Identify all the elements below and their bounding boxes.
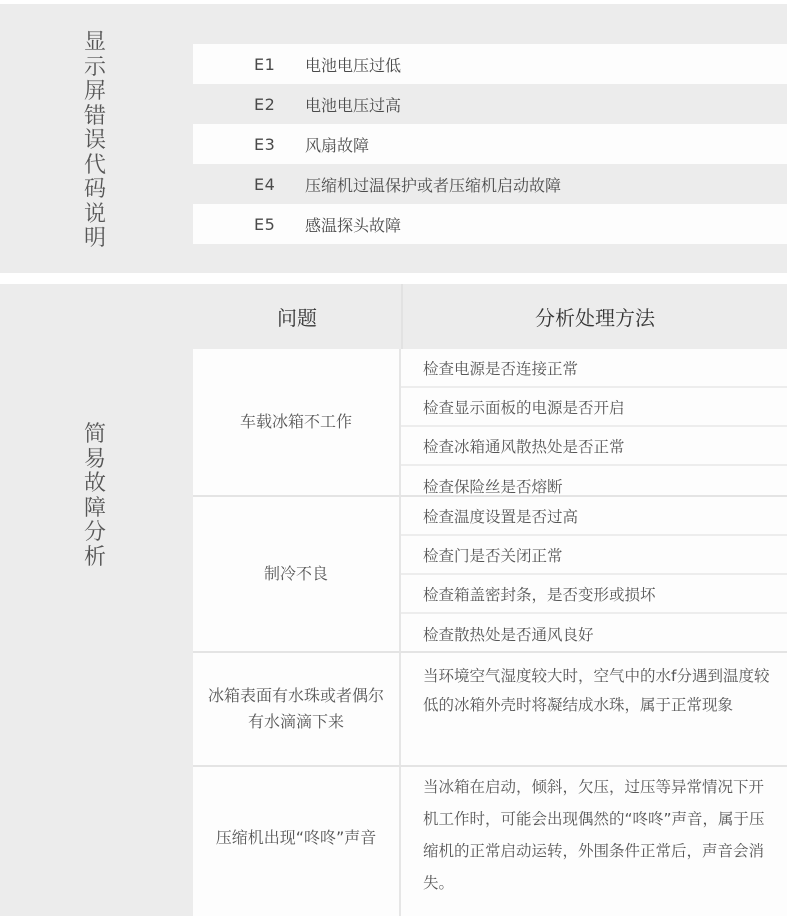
error-code-row: E2 电池电压过高 [193,84,787,124]
error-description: 感温探头故障 [305,213,787,236]
fault-methods: 检查温度设置是否过高 检查门是否关闭正常 检查箱盖密封条，是否变形或损坏 检查散… [401,497,787,651]
error-code-row: E3 风扇故障 [193,124,787,164]
method-item: 检查冰箱通风散热处是否正常 [401,427,787,466]
error-description: 压缩机过温保护或者压缩机启动故障 [305,173,787,196]
error-code: E1 [193,55,305,74]
fault-analysis-section: 简易故障分析 问题 分析处理方法 车载冰箱不工作 检查电源是否连接正常 检查显示… [0,284,787,916]
fault-analysis-section-label: 简易故障分析 [82,423,108,570]
error-code: E3 [193,135,305,154]
error-code-section-label: 显示屏错误代码说明 [82,31,108,252]
error-code-row: E5 感温探头故障 [193,204,787,244]
method-item: 检查电源是否连接正常 [401,349,787,388]
method-item: 检查散热处是否通风良好 [401,614,787,653]
fault-group: 冰箱表面有水珠或者偶尔有水滴滴下来 当环境空气湿度较大时，空气中的水f分遇到温度… [193,653,787,767]
error-description: 电池电压过低 [305,53,787,76]
fault-methods: 当环境空气湿度较大时，空气中的水f分遇到温度较低的冰箱外壳时将凝结成水珠，属于正… [401,653,787,765]
fault-problem: 制冷不良 [193,497,401,651]
fault-table-header: 问题 分析处理方法 [193,284,787,349]
error-code-row: E4 压缩机过温保护或者压缩机启动故障 [193,164,787,204]
error-code-table: E1 电池电压过低 E2 电池电压过高 E3 风扇故障 E4 压缩机过温保护或者… [193,44,787,244]
fault-table-body: 车载冰箱不工作 检查电源是否连接正常 检查显示面板的电源是否开启 检查冰箱通风散… [193,349,787,916]
error-code: E2 [193,95,305,114]
method-item: 检查箱盖密封条，是否变形或损坏 [401,575,787,614]
error-code-row: E1 电池电压过低 [193,44,787,84]
error-code: E5 [193,215,305,234]
fault-methods: 检查电源是否连接正常 检查显示面板的电源是否开启 检查冰箱通风散热处是否正常 检… [401,349,787,495]
fault-problem: 冰箱表面有水珠或者偶尔有水滴滴下来 [193,653,401,765]
fault-problem: 压缩机出现“咚咚”声音 [193,767,401,916]
method-text: 当冰箱在启动，倾斜，欠压，过压等异常情况下开机工作时，可能会出现偶然的“咚咚”声… [401,767,787,913]
fault-group: 压缩机出现“咚咚”声音 当冰箱在启动，倾斜，欠压，过压等异常情况下开机工作时，可… [193,767,787,916]
fault-problem: 车载冰箱不工作 [193,349,401,495]
method-item: 检查门是否关闭正常 [401,536,787,575]
error-code: E4 [193,175,305,194]
fault-methods: 当冰箱在启动，倾斜，欠压，过压等异常情况下开机工作时，可能会出现偶然的“咚咚”声… [401,767,787,916]
method-item: 检查温度设置是否过高 [401,497,787,536]
fault-group: 制冷不良 检查温度设置是否过高 检查门是否关闭正常 检查箱盖密封条，是否变形或损… [193,497,787,653]
error-code-section: 显示屏错误代码说明 E1 电池电压过低 E2 电池电压过高 E3 风扇故障 E4… [0,4,787,273]
error-description: 电池电压过高 [305,93,787,116]
method-text: 当环境空气湿度较大时，空气中的水f分遇到温度较低的冰箱外壳时将凝结成水珠，属于正… [401,653,787,734]
column-header-problem: 问题 [193,284,401,349]
fault-group: 车载冰箱不工作 检查电源是否连接正常 检查显示面板的电源是否开启 检查冰箱通风散… [193,349,787,497]
method-item: 检查显示面板的电源是否开启 [401,388,787,427]
error-description: 风扇故障 [305,133,787,156]
column-header-method: 分析处理方法 [401,284,787,349]
